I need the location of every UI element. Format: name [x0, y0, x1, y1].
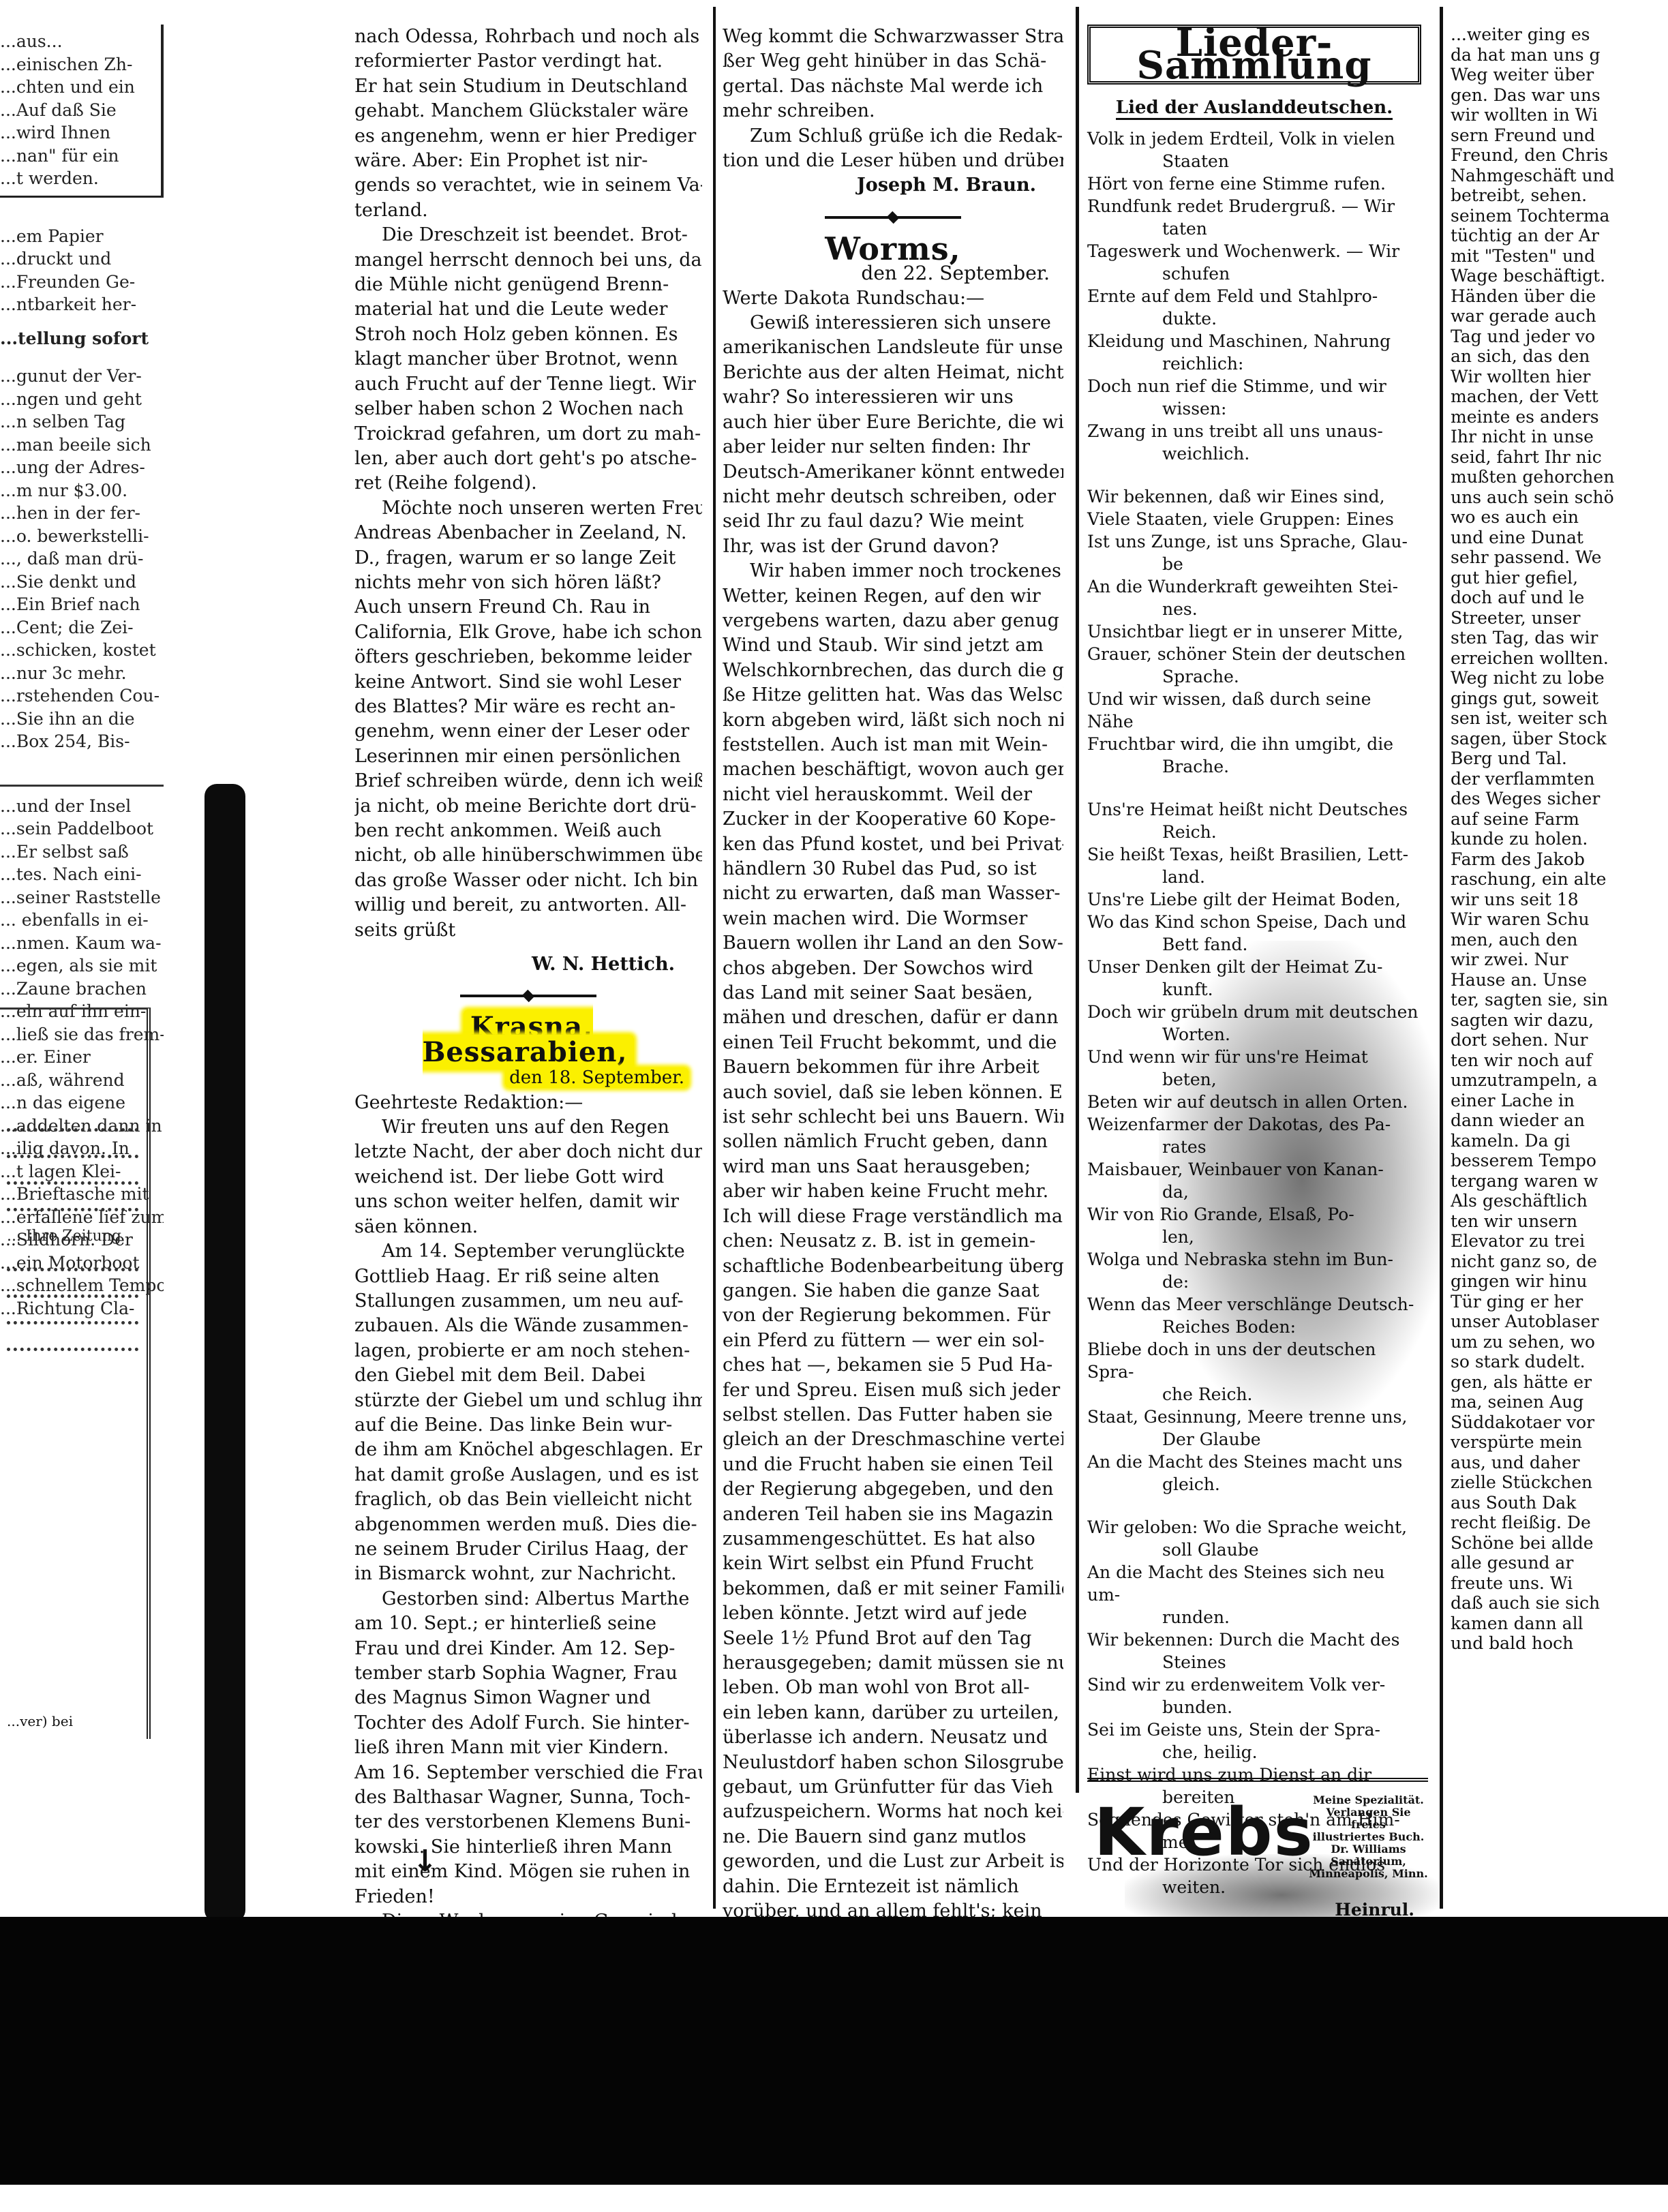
verse-continuation: taten: [1087, 217, 1421, 240]
text-line: Elevator zu trei: [1451, 1231, 1655, 1252]
text-line: ...Box 254, Bis-: [0, 730, 164, 753]
text-line: ein Pferd zu füttern — wer ein sol-: [723, 1329, 1063, 1353]
text-line: Troickrad gefahren, um dort zu mah-: [354, 422, 702, 446]
text-line: Hause an. Unse: [1451, 970, 1655, 990]
text-line: chen: Neusatz z. B. ist in gemein-: [723, 1229, 1063, 1254]
text-line: gertal. Das nächste Mal werde ich: [723, 74, 1063, 99]
text-line: Gewiß interessieren sich unsere: [723, 311, 1063, 335]
text-line: ...n selben Tag: [0, 410, 164, 434]
text-line: leben. Ob man wohl von Brot all-: [723, 1676, 1063, 1700]
text-line: Süddakotaer vor: [1451, 1412, 1655, 1433]
text-line: tergang waren w: [1451, 1171, 1655, 1192]
text-line: machen, der Vett: [1451, 387, 1655, 407]
text-line: machen beschäftigt, wovon auch gerade: [723, 757, 1063, 782]
text-line: wahr? So interessieren wir uns: [723, 385, 1063, 410]
text-line: da hat man uns g: [1451, 45, 1655, 65]
text-line: sagen, über Stock: [1451, 729, 1655, 749]
text-line: gangen. Sie haben die ganze Saat: [723, 1279, 1063, 1303]
right-partial-column: ...weiter ging esda hat man uns gWeg wei…: [1451, 25, 1655, 1654]
verse-continuation: Steines: [1087, 1651, 1421, 1673]
verse-line: Sie heißt Texas, heißt Brasilien, Lett-: [1087, 843, 1421, 866]
text-line: verspürte mein: [1451, 1432, 1655, 1453]
text-line: sollen nämlich Frucht geben, dann: [723, 1130, 1063, 1154]
text-line: ne seinem Bruder Cirilus Haag, der: [354, 1537, 702, 1562]
coupon-blank-line: [7, 1348, 138, 1351]
text-line: ne. Die Bauern sind ganz mutlos: [723, 1825, 1063, 1849]
text-line: von der Regierung bekommen. Für: [723, 1303, 1063, 1328]
text-line: ...druckt und: [0, 247, 164, 271]
text-line: Händen über die: [1451, 286, 1655, 307]
section-divider: [460, 995, 596, 997]
text-line: den Giebel mit dem Beil. Dabei: [354, 1363, 702, 1388]
text-line: feststellen. Auch ist man mit Wein-: [723, 733, 1063, 757]
text-line: uns auch sein schö: [1451, 487, 1655, 508]
text-line: ...egen, als sie mit: [0, 954, 164, 978]
newspaper-page-scan: ...aus... ...einischen Zh- ...chten und …: [0, 0, 1668, 2212]
text-line: raschung, ein alte: [1451, 869, 1655, 890]
text-line: korn abgeben wird, läßt sich noch nicht: [723, 708, 1063, 733]
coupon-blank-line: [7, 1208, 138, 1211]
text-line: ma, seinen Aug: [1451, 1392, 1655, 1412]
text-line: herausgegeben; damit müssen sie nun: [723, 1651, 1063, 1676]
text-line: ...schicken, kostet: [0, 639, 164, 662]
coupon-blank-line: [7, 1294, 138, 1298]
paragraph: Möchte noch unseren werten Freund Andrea…: [354, 496, 702, 943]
subscription-coupon: ... Ihre Zeitung ...ver) bei: [0, 1007, 151, 1739]
text-line: ...wird Ihnen: [0, 121, 154, 145]
verse-continuation: reichlich:: [1087, 352, 1421, 375]
text-line: Weg kommt die Schwarzwasser Stra-: [723, 25, 1063, 49]
salutation: Geehrteste Redaktion:—: [354, 1091, 702, 1115]
text-line: seid, fahrt Ihr nic: [1451, 447, 1655, 468]
text-line: Als geschäftlich: [1451, 1191, 1655, 1211]
text-line: am 10. Sept.; er hinterließ seine: [354, 1611, 702, 1636]
text-line: ist sehr schlecht bei uns Bauern. Wir: [723, 1105, 1063, 1130]
text-line: und bald hoch: [1451, 1633, 1655, 1654]
article-headline-worms: Worms,: [723, 237, 1063, 261]
text-line: und eine Dunat: [1451, 528, 1655, 548]
verse-line: Ernte auf dem Feld und Stahlpro-: [1087, 285, 1421, 307]
text-line: ließ ihren Mann mit vier Kindern.: [354, 1736, 702, 1760]
text-line: auch Frucht auf der Tenne liegt. Wir: [354, 372, 702, 397]
text-line: ter des verstorbenen Klemens Buni-: [354, 1810, 702, 1834]
text-line: wir zwei. Nur: [1451, 950, 1655, 970]
text-line: abgenommen werden muß. Dies die-: [354, 1513, 702, 1537]
text-line: das Land mit seiner Saat besäen,: [723, 981, 1063, 1005]
text-line: Zum Schluß grüße ich die Redak-: [723, 124, 1063, 149]
scan-bottom-black-band: [0, 1917, 1668, 2185]
text-line: ...Zaune brachen: [0, 978, 164, 1001]
text-line: in Bismarck wohnt, zur Nachricht.: [354, 1562, 702, 1586]
text-line: wo es auch ein: [1451, 507, 1655, 528]
text-line: ...Ein Brief nach: [0, 593, 164, 616]
text-line: gingen wir hinu: [1451, 1271, 1655, 1292]
text-line: zielle Stückchen: [1451, 1472, 1655, 1493]
paragraph: Die Dreschzeit ist beendet. Brot- mangel…: [354, 223, 702, 496]
text-line: ...Er selbst saß: [0, 840, 164, 864]
text-line: bekommen, daß er mit seiner Familie: [723, 1577, 1063, 1601]
verse-line: Fruchtbar wird, die ihn umgibt, die: [1087, 733, 1421, 755]
text-line: ...tes. Nach eini-: [0, 863, 164, 886]
closing: Zum Schluß grüße ich die Redak- tion und…: [723, 124, 1063, 174]
text-line: gen, als hätte er: [1451, 1372, 1655, 1393]
verse-line: Hört von ferne eine Stimme rufen.: [1087, 172, 1421, 195]
text-line: nicht mehr deutsch schreiben, oder: [723, 485, 1063, 509]
text-line: Streeter, unser: [1451, 608, 1655, 628]
verse-continuation: be: [1087, 553, 1421, 575]
text-line: um zu sehen, wo: [1451, 1332, 1655, 1352]
text-line: aufzuspeichern. Worms hat noch kei-: [723, 1800, 1063, 1824]
text-line: chos abgeben. Der Sowchos wird: [723, 956, 1063, 981]
verse-continuation: runden.: [1087, 1606, 1421, 1628]
text-line: klagt mancher über Brotnot, wenn: [354, 347, 702, 372]
text-line: die Mühle nicht genügend Brenn-: [354, 273, 702, 297]
text-line: vergebens warten, dazu aber genug: [723, 609, 1063, 633]
signature: Joseph M. Braun.: [723, 173, 1063, 198]
text-line: des Magnus Simon Wagner und: [354, 1686, 702, 1710]
text-line: ...ung der Adres-: [0, 456, 164, 479]
text-line: Er hat sein Studium in Deutschland: [354, 74, 702, 99]
text-line: dort sehen. Nur: [1451, 1030, 1655, 1050]
text-line: nach Odessa, Rohrbach und noch als: [354, 25, 702, 49]
text-line: das große Wasser oder nicht. Ich bin: [354, 868, 702, 893]
handwritten-arrow-down-icon: ↓: [412, 1844, 438, 1879]
text-line: sten Tag, das wir: [1451, 628, 1655, 648]
text-line: material hat und die Leute weder: [354, 297, 702, 322]
text-line: ... ebenfalls in ei-: [0, 909, 164, 932]
verse-line: Viele Staaten, viele Gruppen: Eines: [1087, 508, 1421, 530]
text-line: ...gunut der Ver-: [0, 365, 164, 388]
text-line: wird man uns Saat herausgeben;: [723, 1155, 1063, 1179]
section-divider: [825, 216, 961, 219]
continued-text: Weg kommt die Schwarzwasser Stra- ßer We…: [723, 25, 1063, 124]
text-line: uns schon weiter helfen, damit wir: [354, 1190, 702, 1214]
text-line: auf die Beine. Das linke Bein wur-: [354, 1413, 702, 1438]
text-line: Frieden!: [354, 1885, 702, 1909]
text-line: Auch unsern Freund Ch. Rau in: [354, 595, 702, 620]
text-line: einen Teil Frucht bekommt, und die: [723, 1031, 1063, 1055]
text-line: meinte es anders: [1451, 407, 1655, 427]
verse-continuation: soll Glaube: [1087, 1539, 1421, 1561]
text-line: Wetter, keinen Regen, auf den wir: [723, 584, 1063, 609]
paragraph: Wir freuten uns auf den Regen letzte Nac…: [354, 1115, 702, 1239]
lieder-sammlung-banner: Lieder-Sammlung: [1087, 25, 1421, 85]
text-line: lagen, probierte er am noch stehen-: [354, 1339, 702, 1363]
column-3: Weg kommt die Schwarzwasser Stra- ßer We…: [723, 25, 1063, 2048]
verse-line: Uns're Heimat heißt nicht Deutsches: [1087, 798, 1421, 821]
text-line: der verflammten: [1451, 769, 1655, 789]
text-line: alle gesund ar: [1451, 1553, 1655, 1573]
text-line: len, aber auch dort geht's po atsche-: [354, 446, 702, 471]
text-line: Wir waren Schu: [1451, 909, 1655, 930]
column-rule: [1076, 7, 1079, 1793]
text-line: Schöne bei allde: [1451, 1533, 1655, 1554]
text-line: ja nicht, ob meine Berichte dort drü-: [354, 794, 702, 819]
text-line: schaftliche Bodenbearbeitung überge-: [723, 1254, 1063, 1279]
stanza-gap: [1087, 1496, 1421, 1516]
text-line: an sich, das den: [1451, 346, 1655, 367]
verse-line: Zwang in uns treibt all uns unaus-: [1087, 420, 1421, 442]
text-line: California, Elk Grove, habe ich schon: [354, 620, 702, 645]
text-line: Wir haben immer noch trockenes: [723, 559, 1063, 584]
verse-continuation: nes.: [1087, 598, 1421, 620]
text-line: ...o. bewerkstelli-: [0, 525, 164, 548]
text-line: nichts mehr von sich hören läßt?: [354, 571, 702, 595]
text-line: doch auf und le: [1451, 588, 1655, 608]
verse-line: Wir bekennen: Durch die Macht des: [1087, 1628, 1421, 1651]
text-line: händlern 30 Rubel das Pud, so ist: [723, 857, 1063, 881]
text-line: kein Wirt selbst ein Pfund Frucht: [723, 1551, 1063, 1576]
coupon-footer: ...ver) bei: [7, 1713, 73, 1729]
text-line: fer und Spreu. Eisen muß sich jeder: [723, 1378, 1063, 1403]
text-line: Bauern bekommen für ihre Arbeit: [723, 1055, 1063, 1080]
text-line: freute uns. Wi: [1451, 1573, 1655, 1594]
text-line: ...man beeile sich: [0, 434, 164, 457]
column-2: nach Odessa, Rohrbach und noch als refor…: [354, 25, 702, 2059]
text-line: ...em Papier: [0, 225, 164, 248]
text-line: betreibt, sehen.: [1451, 185, 1655, 206]
coupon-blank-line: [7, 1321, 138, 1324]
text-line: Neulustdorf haben schon Silosgruben: [723, 1751, 1063, 1775]
continued-text: nach Odessa, Rohrbach und noch als refor…: [354, 25, 702, 223]
verse-line: Wo das Kind schon Speise, Dach und: [1087, 911, 1421, 933]
text-line: Bauern wollen ihr Land an den Sow-: [723, 931, 1063, 956]
text-line: einer Lache in: [1451, 1091, 1655, 1111]
text-line: Wir freuten uns auf den Regen: [354, 1115, 702, 1140]
text-line: gings gut, soweit: [1451, 688, 1655, 709]
text-line: ...Sie ihn an die: [0, 708, 164, 731]
verse-continuation: che, heilig.: [1087, 1741, 1421, 1763]
text-line: ein leben kann, darüber zu urteilen,: [723, 1701, 1063, 1725]
text-line: Seele 1½ Pfund Brot auf den Tag: [723, 1626, 1063, 1651]
text-line: ...nmen. Kaum wa-: [0, 932, 164, 955]
text-line: öfters geschrieben, bekomme leider: [354, 645, 702, 669]
text-line: Brief schreiben würde, denn ich weiß: [354, 769, 702, 793]
text-line: ...chten und ein: [0, 76, 154, 99]
text-line: des Weges sicher: [1451, 789, 1655, 809]
text-line: ...Sie denkt und: [0, 571, 164, 594]
text-line: Leserinnen mir einen persönlichen: [354, 744, 702, 769]
text-line: selber haben schon 2 Wochen nach: [354, 397, 702, 421]
text-line: nicht viel herauskommt. Weil der: [723, 783, 1063, 807]
signature: W. N. Hettich.: [354, 952, 702, 977]
text-line: Frau und drei Kinder. Am 12. Sep-: [354, 1637, 702, 1661]
highlighted-headline: Krasna, Bessarabien,: [423, 1010, 635, 1069]
text-line: D., fragen, warum er so lange Zeit: [354, 546, 702, 571]
text-line: Wir wollten hier: [1451, 367, 1655, 387]
text-line: Berg und Tal.: [1451, 748, 1655, 769]
text-line: weichend ist. Der liebe Gott wird: [354, 1165, 702, 1190]
text-line: aus, und daher: [1451, 1453, 1655, 1473]
coupon-blank-line: [7, 1268, 138, 1271]
text-line: ...sein Paddelboot: [0, 817, 164, 840]
text-line: tember starb Sophia Wagner, Frau: [354, 1661, 702, 1686]
text-line: sehr passend. We: [1451, 547, 1655, 568]
text-line: Ihr, was ist der Grund davon?: [723, 534, 1063, 559]
text-line: Zucker in der Kooperative 60 Kope-: [723, 807, 1063, 832]
text-line: daß auch sie sich: [1451, 1593, 1655, 1613]
text-line: ten wir noch auf: [1451, 1050, 1655, 1071]
text-line: besserem Tempo: [1451, 1151, 1655, 1171]
text-line: gut hier gefiel,: [1451, 568, 1655, 588]
text-line: umzutrampeln, a: [1451, 1070, 1655, 1091]
verse-continuation: wissen:: [1087, 397, 1421, 420]
text-line: tüchtig an der Ar: [1451, 226, 1655, 246]
text-line: Welschkornbrechen, das durch die gro-: [723, 658, 1063, 683]
text-line: ten wir unsern: [1451, 1211, 1655, 1232]
scan-shadow-streak: [204, 784, 245, 1922]
text-line: aus South Dak: [1451, 1493, 1655, 1513]
text-line: reformierter Pastor verdingt hat.: [354, 49, 702, 74]
text-line: Andreas Abenbacher in Zeeland, N.: [354, 521, 702, 545]
verse-line: Ist uns Zunge, ist uns Sprache, Glau-: [1087, 530, 1421, 553]
text-line: ...nur 3c mehr.: [0, 662, 164, 685]
text-line: aber leider nur selten finden: Ihr: [723, 435, 1063, 459]
verse-line: Und wir wissen, daß durch seine Nähe: [1087, 688, 1421, 733]
salutation: Werte Dakota Rundschau:—: [723, 286, 1063, 311]
paragraph: Am 14. September verunglückte Gottlieb H…: [354, 1239, 702, 1587]
text-line: auch soviel, daß sie leben können. Es: [723, 1080, 1063, 1105]
text-line: stürzte der Giebel um und schlug ihm: [354, 1389, 702, 1413]
text-line: kamen dann all: [1451, 1613, 1655, 1634]
text-line: säen können.: [354, 1215, 702, 1239]
text-line: genehm, wenn einer der Leser oder: [354, 719, 702, 744]
text-line: ...Auf daß Sie: [0, 99, 154, 122]
text-line: Gottlieb Haag. Er riß seine alten: [354, 1264, 702, 1289]
text-line: tion und die Leser hüben und drüben.: [723, 149, 1063, 173]
text-line: Gestorben sind: Albertus Marthe: [354, 1587, 702, 1611]
text-line: nicht ganz so, de: [1451, 1252, 1655, 1272]
text-line: amerikanischen Landsleute für unsere: [723, 335, 1063, 360]
coupon-blank-line: [7, 1181, 138, 1185]
text-line: wäre. Aber: Ein Prophet ist nir-: [354, 149, 702, 173]
advertisement-krebs: Krebs Meine Spezialität. Verlangen Sie f…: [1087, 1778, 1428, 1864]
scan-smudge: [1159, 941, 1445, 1418]
text-line: ter, sagten sie, sin: [1451, 990, 1655, 1010]
text-line: Stallungen zusammen, um neu auf-: [354, 1289, 702, 1314]
column-rule: [713, 7, 716, 1909]
song-title: Lied der Auslanddeutschen.: [1087, 97, 1421, 119]
text-line: sen ist, weiter sch: [1451, 708, 1655, 729]
text-line: Berichte aus der alten Heimat, nicht: [723, 361, 1063, 385]
text-line: Farm des Jakob: [1451, 849, 1655, 870]
text-line: ...t werden.: [0, 167, 154, 190]
text-line: gehabt. Manchem Glückstaler wäre: [354, 99, 702, 123]
text-line: dann wieder an: [1451, 1110, 1655, 1131]
article-dateline: den 22. September.: [723, 261, 1063, 286]
text-line: zusammengeschüttet. Es hat also: [723, 1527, 1063, 1551]
text-line: Nahmgeschäft und: [1451, 166, 1655, 186]
text-line: geworden, und die Lust zur Arbeit ist: [723, 1849, 1063, 1874]
verse-line: Kleidung und Maschinen, Nahrung: [1087, 330, 1421, 352]
text-line: terland.: [354, 198, 702, 223]
boxed-notice: ...aus... ...einischen Zh- ...chten und …: [0, 25, 164, 198]
text-line: mußten gehorchen: [1451, 467, 1655, 487]
text-line: kowski. Sie hinterließ ihren Mann: [354, 1835, 702, 1860]
text-line: ...und der Insel: [0, 795, 164, 818]
text-line: Wage beschäftigt.: [1451, 266, 1655, 286]
text-line: Ihr nicht in unse: [1451, 427, 1655, 447]
text-line: ret (Reihe folgend).: [354, 471, 702, 496]
coupon-blank-line: [7, 1128, 138, 1132]
verse-continuation: Brache.: [1087, 755, 1421, 778]
coupon-label: ... Ihre Zeitung: [7, 1228, 147, 1245]
text-line: anderen Teil haben sie ins Magazin: [723, 1502, 1063, 1527]
text-line: Tochter des Adolf Furch. Sie hinter-: [354, 1711, 702, 1736]
text-line: zubauen. Als die Wände zusammen-: [354, 1314, 702, 1338]
text-line: letzte Nacht, der aber doch nicht durch-: [354, 1140, 702, 1164]
verse-continuation: bunden.: [1087, 1696, 1421, 1718]
text-line: Die Dreschzeit ist beendet. Brot-: [354, 223, 702, 247]
text-line: nicht, ob alle hinüberschwimmen über: [354, 843, 702, 868]
text-line: ...hen in der fer-: [0, 502, 164, 525]
text-line: aber wir haben keine Frucht mehr.: [723, 1179, 1063, 1204]
verse-line: An die Wunderkraft geweihten Stei-: [1087, 575, 1421, 598]
text-line: ...aus...: [0, 30, 154, 53]
text-line: wir wollten in Wi: [1451, 105, 1655, 125]
verse-continuation: Sprache.: [1087, 665, 1421, 688]
text-line: ches hat —, bekamen sie 5 Pud Ha-: [723, 1353, 1063, 1378]
text-line: ...Freunden Ge-: [0, 271, 164, 294]
text-line: Stroh noch Holz geben können. Es: [354, 322, 702, 347]
stanza-gap: [1087, 465, 1421, 485]
verse-continuation: Der Glaube: [1087, 1428, 1421, 1451]
text-line: war gerade auch: [1451, 306, 1655, 327]
text-line: ßer Weg geht hinüber in das Schä-: [723, 49, 1063, 74]
text-line: gleich an der Dreschmaschine verteilt,: [723, 1427, 1063, 1452]
text-line: seinem Tochterma: [1451, 206, 1655, 226]
text-line: ße Hitze gelitten hat. Was das Welsch-: [723, 683, 1063, 708]
text-line: es angenehm, wenn er hier Prediger: [354, 124, 702, 149]
verse-line: Uns're Liebe gilt der Heimat Boden,: [1087, 888, 1421, 911]
text-line: Deutsch-Amerikaner könnt entweder: [723, 460, 1063, 485]
text-line: wein machen wird. Die Wormser: [723, 907, 1063, 931]
verse-line: Volk in jedem Erdteil, Volk in vielen: [1087, 127, 1421, 150]
paragraph: Wir haben immer noch trockenes Wetter, k…: [723, 559, 1063, 1973]
text-line: Weg nicht zu lobe: [1451, 668, 1655, 688]
text-line: de ihm am Knöchel abgeschlagen. Er: [354, 1438, 702, 1462]
text-line: ken das Pfund kostet, und bei Privat-: [723, 832, 1063, 857]
verse-continuation: schufen: [1087, 262, 1421, 285]
text-line: ...seiner Raststelle: [0, 886, 164, 909]
text-line: recht fleißig. De: [1451, 1513, 1655, 1533]
text-line: leben könnte. Jetzt wird auf jede: [723, 1601, 1063, 1626]
text-line: mangel herrscht dennoch bei uns, da: [354, 248, 702, 273]
text-line: und die Frucht haben sie einen Teil: [723, 1453, 1063, 1477]
text-line: dahin. Die Erntezeit ist nämlich: [723, 1875, 1063, 1899]
verse-line: Wir bekennen, daß wir Eines sind,: [1087, 485, 1421, 508]
text-line: ...nan" für ein: [0, 145, 154, 168]
text-line: ...ntbarkeit her-: [0, 293, 164, 316]
text-line: sagten wir dazu,: [1451, 1010, 1655, 1031]
text-line: wir uns seit 18: [1451, 890, 1655, 910]
text-line: selbst stellen. Das Futter haben sie: [723, 1403, 1063, 1427]
text-line: ...m nur $3.00.: [0, 479, 164, 502]
text-line: erreichen wollten.: [1451, 648, 1655, 669]
text-line: unser Autoblaser: [1451, 1312, 1655, 1332]
verse-line: Sei im Geiste uns, Stein der Spra-: [1087, 1718, 1421, 1741]
verse-continuation: gleich.: [1087, 1473, 1421, 1496]
text-line: so stark dudelt.: [1451, 1352, 1655, 1372]
text-line: gen. Das war uns: [1451, 85, 1655, 106]
text-line: Freund, den Chris: [1451, 145, 1655, 166]
verse-continuation: weichlich.: [1087, 442, 1421, 465]
text-line: sern Freund und: [1451, 125, 1655, 146]
text-line: men, auch den: [1451, 930, 1655, 950]
text-line: Tür ging er her: [1451, 1292, 1655, 1312]
verse-continuation: dukte.: [1087, 307, 1421, 330]
text-line: Am 14. September verunglückte: [354, 1239, 702, 1264]
